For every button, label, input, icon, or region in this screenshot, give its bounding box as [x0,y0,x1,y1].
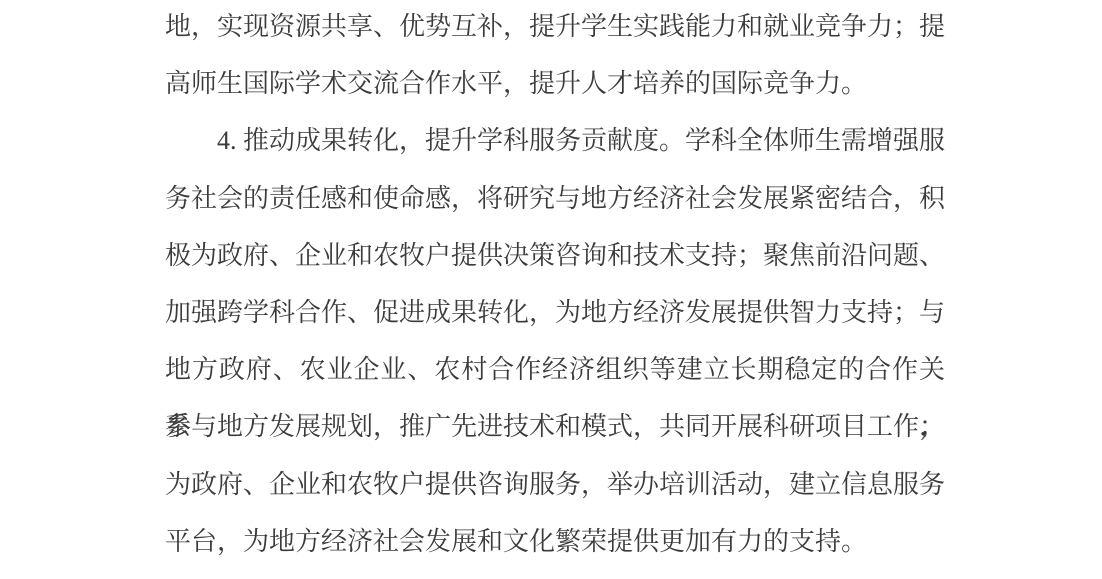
document-line: 高师生国际学术交流合作水平，提升人才培养的国际竞争力。 [165,55,945,112]
document-line: 地方政府、农业企业、农村合作经济组织等建立长期稳定的合作关系， [165,341,945,398]
document-text-block: 地，实现资源共享、优势互补，提升学生实践能力和就业竞争力；提 高师生国际学术交流… [165,0,945,570]
document-line: 加强跨学科合作、促进成果转化，为地方经济发展提供智力支持；与 [165,284,945,341]
document-line: 4. 推动成果转化，提升学科服务贡献度。学科全体师生需增强服 [165,112,945,169]
document-line: 平台，为地方经济社会发展和文化繁荣提供更加有力的支持。 [165,513,945,570]
document-line: 极为政府、企业和农牧户提供决策咨询和技术支持；聚焦前沿问题、 [165,227,945,284]
document-line: 为政府、企业和农牧户提供咨询服务，举办培训活动，建立信息服务 [165,456,945,513]
document-page: { "document": { "lines": [ { "text": "地，… [0,0,1102,579]
document-line: 地，实现资源共享、优势互补，提升学生实践能力和就业竞争力；提 [165,0,945,55]
document-line: 务社会的责任感和使命感，将研究与地方经济社会发展紧密结合，积 [165,170,945,227]
document-line: 参与地方发展规划，推广先进技术和模式，共同开展科研项目工作； [165,398,945,455]
